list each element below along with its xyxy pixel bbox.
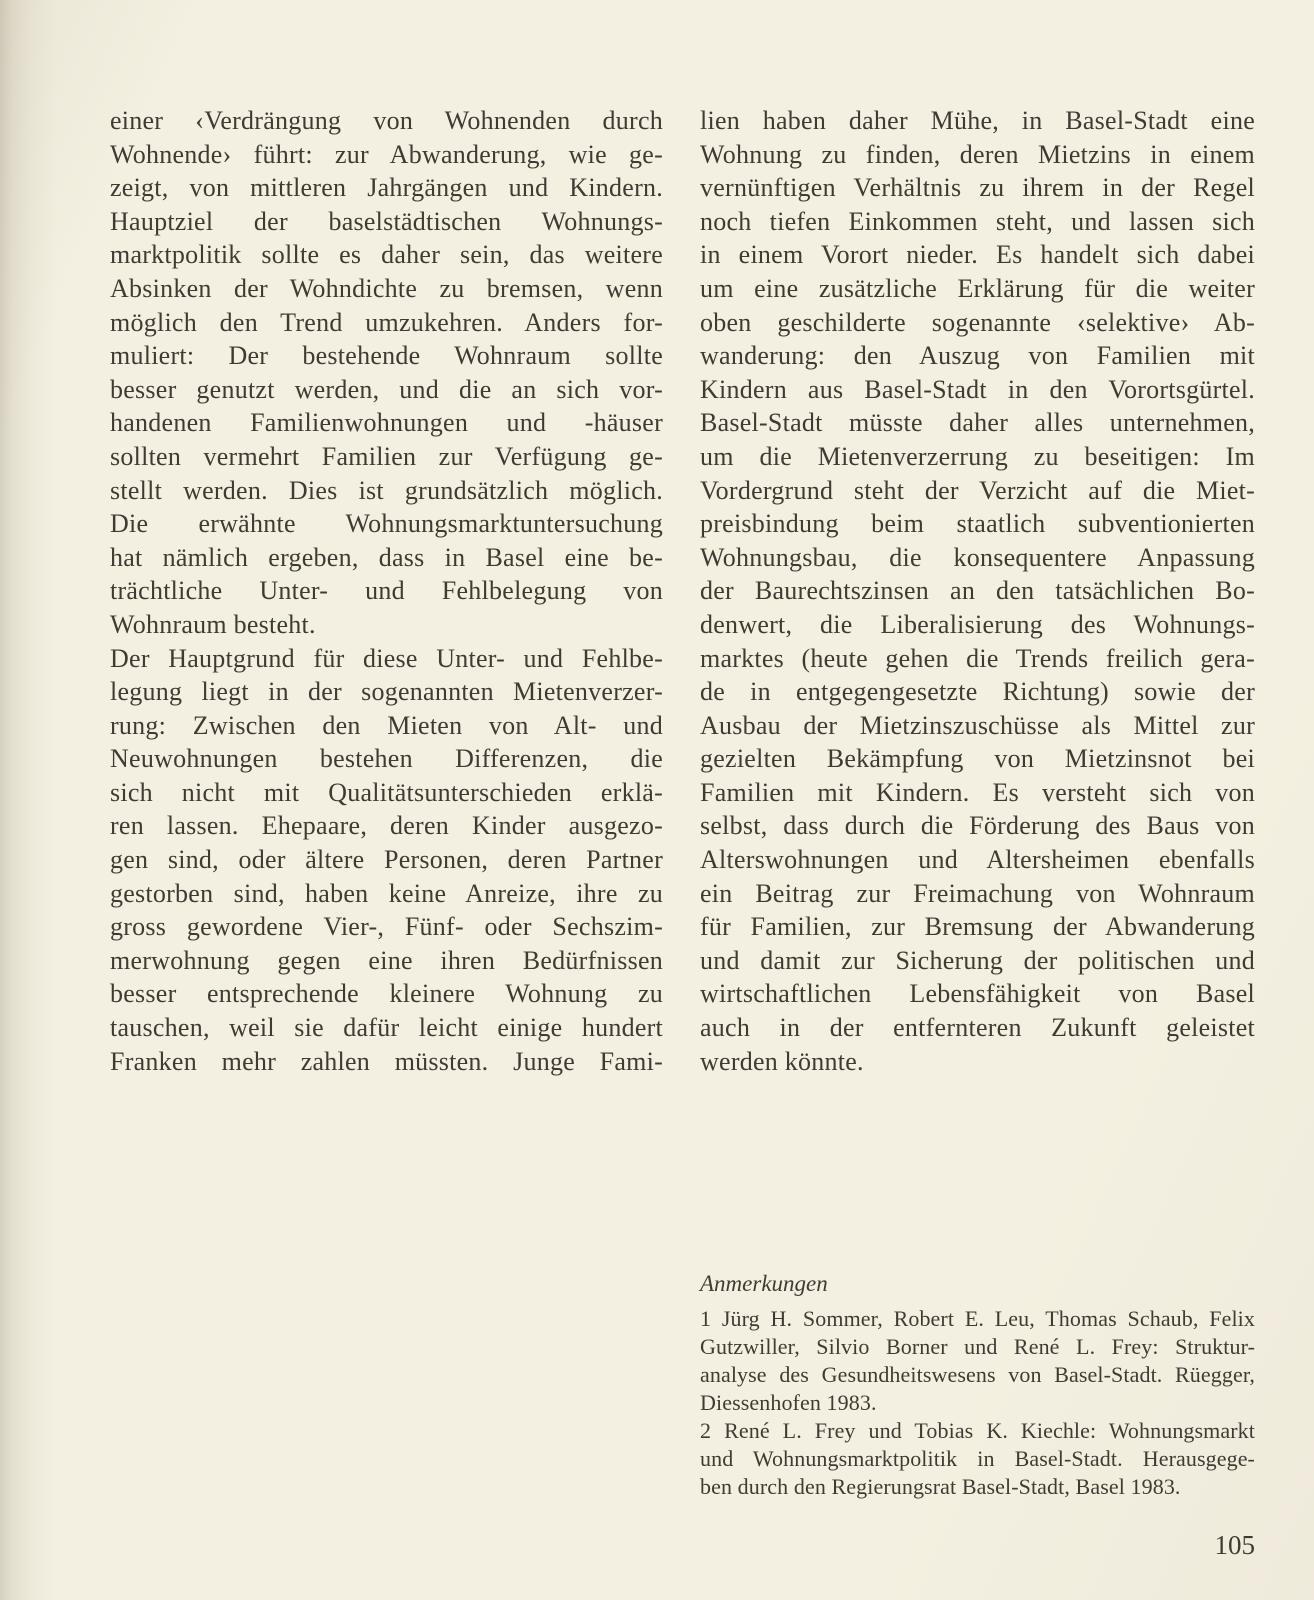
text-line: wirtschaftlichen Lebensfähigkeit von Bas… bbox=[700, 977, 1255, 1011]
text-line: marktpolitik sollte es daher sein, das w… bbox=[110, 238, 663, 272]
text-line: der Baurechtszinsen an den tatsächlichen… bbox=[700, 574, 1255, 608]
text-line: wanderung: den Auszug von Familien mit bbox=[700, 339, 1255, 373]
text-line: gen sind, oder ältere Personen, deren Pa… bbox=[110, 843, 663, 877]
text-line: denwert, die Liberalisierung des Wohnung… bbox=[700, 608, 1255, 642]
text-line: gross gewordene Vier-, Fünf- oder Sechsz… bbox=[110, 910, 663, 944]
text-line: oben geschilderte sogenannte ‹selektive›… bbox=[700, 306, 1255, 340]
text-line: Wohnung zu finden, deren Mietzins in ein… bbox=[700, 138, 1255, 172]
text-line: legung liegt in der sogenannten Mietenve… bbox=[110, 675, 663, 709]
text-line: rung: Zwischen den Mieten von Alt- und bbox=[110, 709, 663, 743]
page-number: 105 bbox=[700, 1528, 1255, 1562]
text-line: selbst, dass durch die Förderung des Bau… bbox=[700, 809, 1255, 843]
text-line: marktes (heute gehen die Trends freilich… bbox=[700, 642, 1255, 676]
text-line: Absinken der Wohndichte zu bremsen, wenn bbox=[110, 272, 663, 306]
text-line: 1 Jürg H. Sommer, Robert E. Leu, Thomas … bbox=[700, 1305, 1255, 1333]
text-line: noch tiefen Einkommen steht, und lassen … bbox=[700, 205, 1255, 239]
text-line: zeigt, von mittleren Jahrgängen und Kind… bbox=[110, 171, 663, 205]
text-line: auch in der entfernteren Zukunft geleist… bbox=[700, 1011, 1255, 1045]
text-line: muliert: Der bestehende Wohnraum sollte bbox=[110, 339, 663, 373]
text-line: für Familien, zur Bremsung der Abwanderu… bbox=[700, 910, 1255, 944]
book-page: einer ‹Verdrängung von Wohnenden durchWo… bbox=[0, 0, 1314, 1600]
text-line: Franken mehr zahlen müssten. Junge Fami- bbox=[110, 1045, 663, 1079]
text-line: ben durch den Regierungsrat Basel-Stadt,… bbox=[700, 1473, 1255, 1501]
text-line: analyse des Gesundheitswesens von Basel-… bbox=[700, 1361, 1255, 1389]
text-line: Familien mit Kindern. Es versteht sich v… bbox=[700, 776, 1255, 810]
right-text-column: lien haben daher Mühe, in Basel-Stadt ei… bbox=[700, 104, 1255, 1078]
left-text-column: einer ‹Verdrängung von Wohnenden durchWo… bbox=[110, 104, 663, 1078]
text-line: besser genutzt werden, und die an sich v… bbox=[110, 373, 663, 407]
text-line: Basel-Stadt müsste daher alles unternehm… bbox=[700, 406, 1255, 440]
text-line: handenen Familienwohnungen und -häuser bbox=[110, 406, 663, 440]
footnotes-section: Anmerkungen 1 Jürg H. Sommer, Robert E. … bbox=[700, 1270, 1255, 1501]
text-line: Diessenhofen 1983. bbox=[700, 1389, 1255, 1417]
text-line: tauschen, weil sie dafür leicht einige h… bbox=[110, 1011, 663, 1045]
text-line: stellt werden. Dies ist grundsätzlich mö… bbox=[110, 474, 663, 508]
footnotes-heading: Anmerkungen bbox=[700, 1270, 1255, 1298]
text-line: merwohnung gegen eine ihren Bedürfnissen bbox=[110, 944, 663, 978]
text-line: Kindern aus Basel-Stadt in den Vorortsgü… bbox=[700, 373, 1255, 407]
text-line: um eine zusätzliche Erklärung für die we… bbox=[700, 272, 1255, 306]
text-line: Ausbau der Mietzinszuschüsse als Mittel … bbox=[700, 709, 1255, 743]
text-line: Wohnungsbau, die konsequentere Anpassung bbox=[700, 541, 1255, 575]
text-line: sollten vermehrt Familien zur Verfügung … bbox=[110, 440, 663, 474]
text-line: preisbindung beim staatlich subventionie… bbox=[700, 507, 1255, 541]
text-line: ein Beitrag zur Freimachung von Wohnraum bbox=[700, 877, 1255, 911]
text-line: Wohnraum besteht. bbox=[110, 608, 663, 642]
text-line: 2 René L. Frey und Tobias K. Kiechle: Wo… bbox=[700, 1417, 1255, 1445]
text-line: und Wohnungsmarktpolitik in Basel-Stadt.… bbox=[700, 1445, 1255, 1473]
text-line: Neuwohnungen bestehen Differenzen, die bbox=[110, 742, 663, 776]
text-line: Die erwähnte Wohnungsmarktuntersuchung bbox=[110, 507, 663, 541]
text-line: gezielten Bekämpfung von Mietzinsnot bei bbox=[700, 742, 1255, 776]
text-line: um die Mietenverzerrung zu beseitigen: I… bbox=[700, 440, 1255, 474]
text-line: vernünftigen Verhältnis zu ihrem in der … bbox=[700, 171, 1255, 205]
text-line: Gutzwiller, Silvio Borner und René L. Fr… bbox=[700, 1333, 1255, 1361]
text-line: hat nämlich ergeben, dass in Basel eine … bbox=[110, 541, 663, 575]
text-line: Hauptziel der baselstädtischen Wohnungs- bbox=[110, 205, 663, 239]
text-line: ren lassen. Ehepaare, deren Kinder ausge… bbox=[110, 809, 663, 843]
text-line: lien haben daher Mühe, in Basel-Stadt ei… bbox=[700, 104, 1255, 138]
text-line: Vordergrund steht der Verzicht auf die M… bbox=[700, 474, 1255, 508]
text-line: werden könnte. bbox=[700, 1045, 1255, 1079]
text-line: sich nicht mit Qualitätsunterschieden er… bbox=[110, 776, 663, 810]
text-line: in einem Vorort nieder. Es handelt sich … bbox=[700, 238, 1255, 272]
text-line: möglich den Trend umzukehren. Anders for… bbox=[110, 306, 663, 340]
text-line: und damit zur Sicherung der politischen … bbox=[700, 944, 1255, 978]
text-line: besser entsprechende kleinere Wohnung zu bbox=[110, 977, 663, 1011]
text-line: gestorben sind, haben keine Anreize, ihr… bbox=[110, 877, 663, 911]
page-gutter-shadow bbox=[0, 0, 58, 1600]
text-line: einer ‹Verdrängung von Wohnenden durch bbox=[110, 104, 663, 138]
text-line: Alterswohnungen und Altersheimen ebenfal… bbox=[700, 843, 1255, 877]
text-line: de in entgegengesetzte Richtung) sowie d… bbox=[700, 675, 1255, 709]
text-line: trächtliche Unter- und Fehlbelegung von bbox=[110, 574, 663, 608]
text-line: Der Hauptgrund für diese Unter- und Fehl… bbox=[110, 642, 663, 676]
footnotes-body: 1 Jürg H. Sommer, Robert E. Leu, Thomas … bbox=[700, 1305, 1255, 1501]
text-line: Wohnende› führt: zur Abwanderung, wie ge… bbox=[110, 138, 663, 172]
